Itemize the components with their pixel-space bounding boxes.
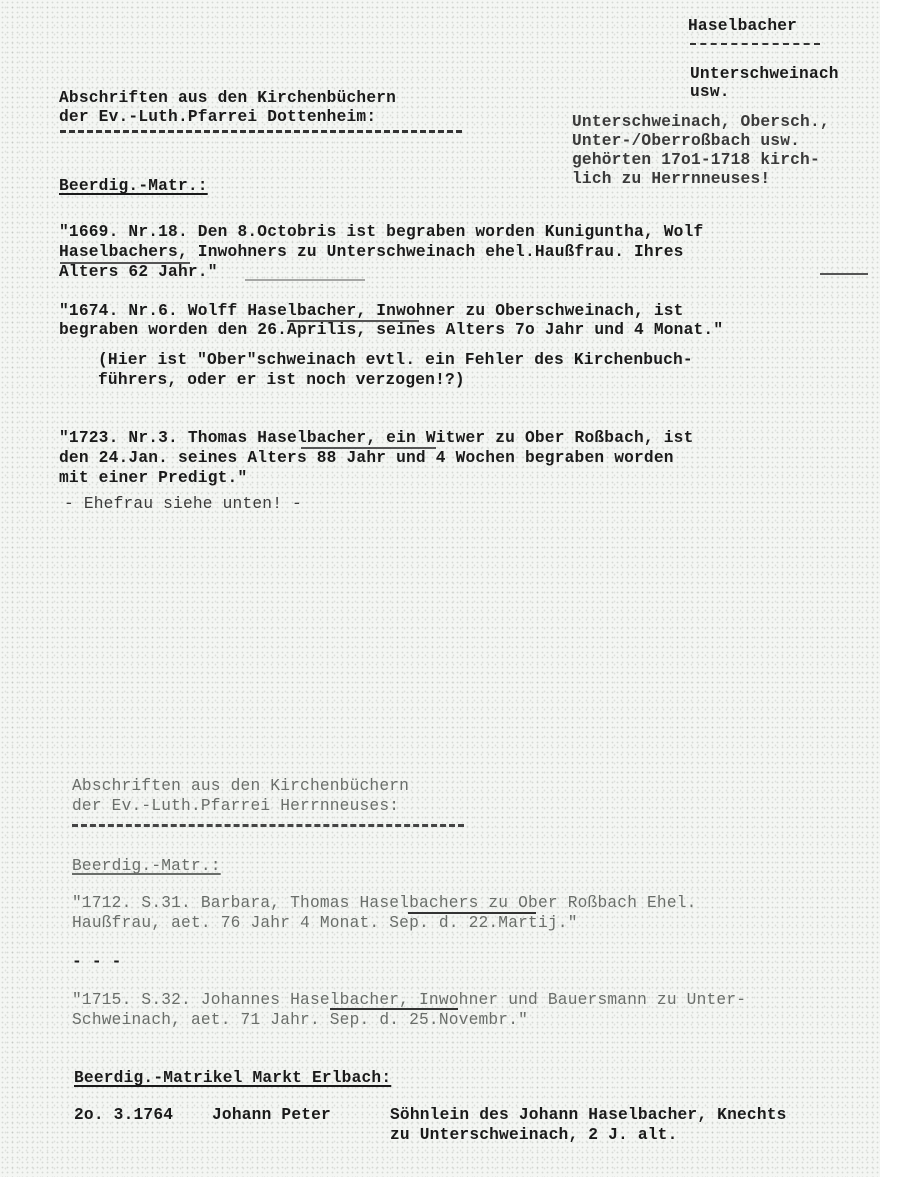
- annotation-note: (Hier ist "Ober"schweinach evtl. ein Feh…: [98, 350, 693, 370]
- title-double-rule: [60, 130, 462, 133]
- pencil-mark: [245, 279, 365, 281]
- parish-note-line: Unter-/Oberroßbach usw.: [572, 131, 800, 151]
- section1-title-line: der Ev.-Luth.Pfarrei Dottenheim:: [59, 107, 376, 127]
- pencil-mark: [820, 273, 868, 275]
- scanned-page: Haselbacher Unterschweinach usw. Untersc…: [0, 0, 880, 1177]
- cross-reference-note: - Ehefrau siehe unten! -: [64, 494, 302, 514]
- entry-separator: - - -: [72, 952, 122, 972]
- place-heading: Unterschweinach: [690, 64, 839, 84]
- section2-title-line: der Ev.-Luth.Pfarrei Herrnneuses:: [72, 796, 399, 816]
- section3-subheading: Beerdig.-Matrikel Markt Erlbach:: [74, 1068, 391, 1088]
- family-name-heading: Haselbacher: [688, 16, 797, 36]
- annotation-note: führers, oder er ist noch verzogen!?): [98, 370, 465, 390]
- parish-note-line: lich zu Herrnneuses!: [572, 169, 770, 189]
- section2-title-line: Abschriften aus den Kirchenbüchern: [72, 776, 409, 796]
- name-underline: [330, 1008, 458, 1010]
- section2-subheading: Beerdig.-Matr.:: [72, 856, 221, 876]
- parish-note-line: Unterschweinach, Obersch.,: [572, 112, 830, 132]
- record-description: Söhnlein des Johann Haselbacher, Knechts: [390, 1105, 787, 1125]
- record-date: 2o. 3.1764: [74, 1105, 173, 1125]
- name-underline: [60, 262, 190, 264]
- parish-note-line: gehörten 17o1-1718 kirch-: [572, 150, 820, 170]
- name-underline: [408, 912, 536, 914]
- section1-title-line: Abschriften aus den Kirchenbüchern: [59, 88, 396, 108]
- place-suffix: usw.: [690, 82, 730, 102]
- name-underline: [287, 320, 419, 322]
- record-name: Johann Peter: [212, 1105, 331, 1125]
- record-description: zu Unterschweinach, 2 J. alt.: [390, 1125, 678, 1145]
- section1-subheading: Beerdig.-Matr.:: [59, 176, 208, 196]
- title-double-rule: [72, 824, 464, 827]
- double-underline: [690, 43, 820, 45]
- name-underline: [301, 447, 436, 449]
